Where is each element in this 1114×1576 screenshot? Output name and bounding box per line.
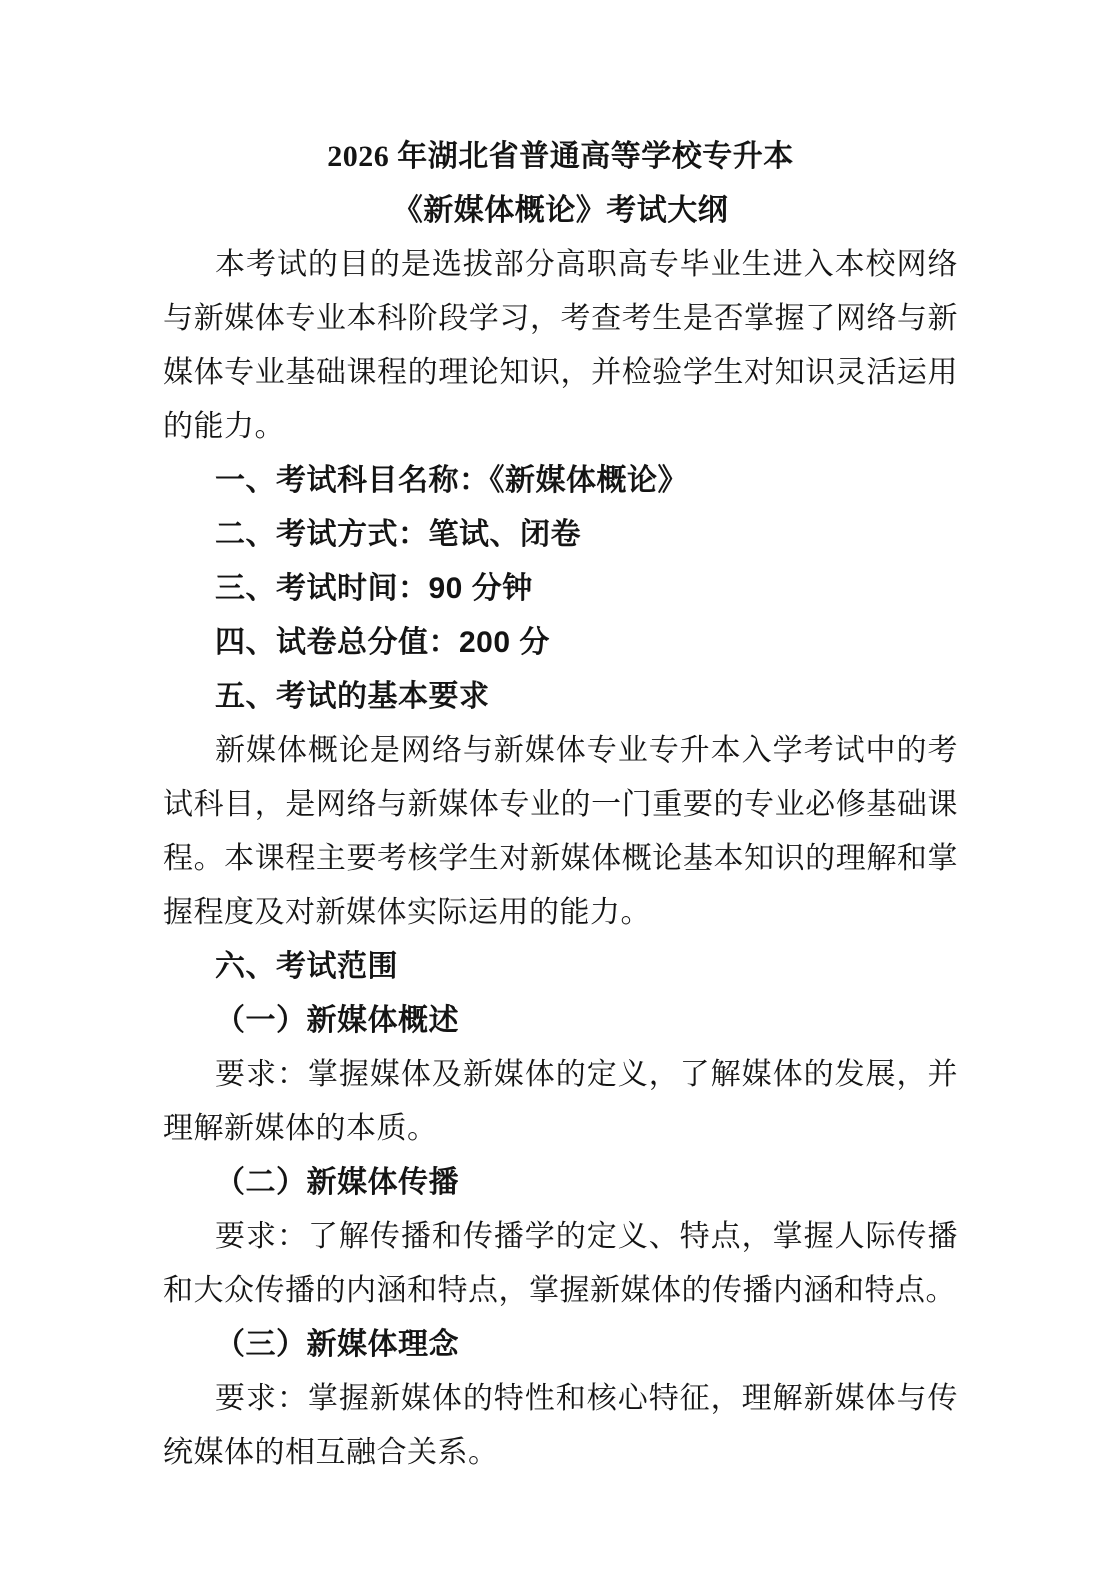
exam-item-subject-name: 一、考试科目名称：《新媒体概论》 bbox=[163, 454, 958, 508]
document-title-line-2: 《新媒体概论》考试大纲 bbox=[163, 184, 958, 238]
scope-section-3-body: 要求：掌握新媒体的特性和核心特征，理解新媒体与传统媒体的相互融合关系。 bbox=[163, 1372, 958, 1480]
document-page: 2026 年湖北省普通高等学校专升本 《新媒体概论》考试大纲 本考试的目的是选拔… bbox=[0, 0, 1114, 1576]
basic-requirements-paragraph: 新媒体概论是网络与新媒体专业专升本入学考试中的考试科目，是网络与新媒体专业的一门… bbox=[163, 724, 958, 940]
exam-item-exam-duration: 三、考试时间：90 分钟 bbox=[163, 562, 958, 616]
scope-section-2-body: 要求：了解传播和传播学的定义、特点，掌握人际传播和大众传播的内涵和特点，掌握新媒… bbox=[163, 1210, 958, 1318]
scope-section-1-heading: （一）新媒体概述 bbox=[163, 994, 958, 1048]
exam-scope-heading: 六、考试范围 bbox=[163, 940, 958, 994]
exam-item-basic-requirements-heading: 五、考试的基本要求 bbox=[163, 670, 958, 724]
scope-section-2-heading: （二）新媒体传播 bbox=[163, 1156, 958, 1210]
document-title-line-1: 2026 年湖北省普通高等学校专升本 bbox=[163, 130, 958, 184]
scope-section-3-heading: （三）新媒体理念 bbox=[163, 1318, 958, 1372]
exam-item-exam-format: 二、考试方式：笔试、闭卷 bbox=[163, 508, 958, 562]
scope-section-1-body: 要求：掌握媒体及新媒体的定义，了解媒体的发展，并理解新媒体的本质。 bbox=[163, 1048, 958, 1156]
exam-item-total-score: 四、试卷总分值：200 分 bbox=[163, 616, 958, 670]
intro-paragraph: 本考试的目的是选拔部分高职高专毕业生进入本校网络与新媒体专业本科阶段学习，考查考… bbox=[163, 238, 958, 454]
